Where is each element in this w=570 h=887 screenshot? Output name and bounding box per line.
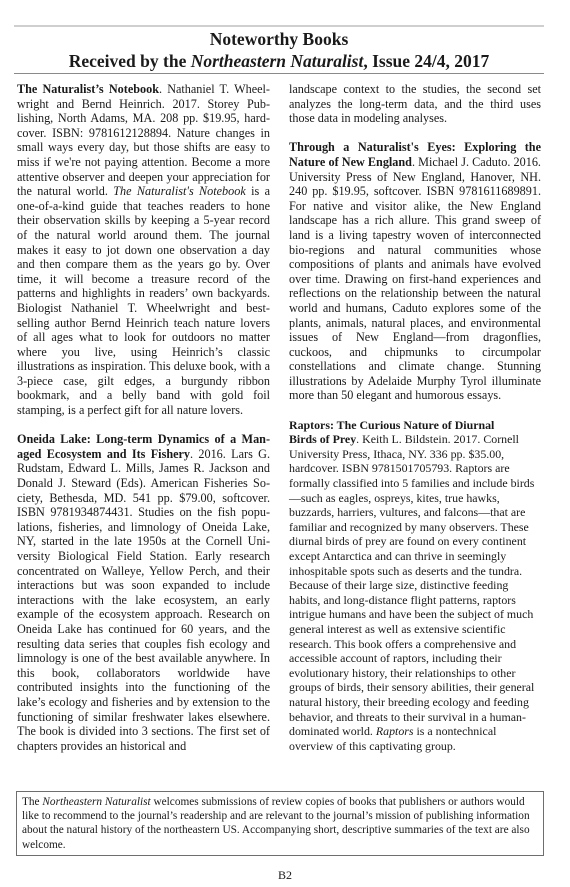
notice-prefix: The bbox=[22, 796, 42, 808]
subtitle-suffix: , Issue 24/4, 2017 bbox=[363, 51, 489, 71]
book-description: is a one-of-a-kind guide that teaches re… bbox=[17, 184, 270, 417]
notice-journal-name: Northeastern Naturalist bbox=[42, 796, 150, 808]
book-citation: . Keith L. Bildstein. 2017. Cornell Univ… bbox=[289, 432, 534, 738]
book-title-line1: Raptors: The Curious Nature of Diurnal bbox=[289, 418, 494, 432]
book-entry-raptors: Raptors: The Curious Nature of Diurnal B… bbox=[289, 418, 541, 754]
subtitle-prefix: Received by the bbox=[69, 51, 191, 71]
subtitle-journal-name: Northeastern Naturalist bbox=[191, 51, 364, 71]
entry-spacer bbox=[17, 418, 270, 433]
book-citation: . Nathaniel T. Wheel­wright and Bernd He… bbox=[17, 82, 270, 198]
book-italic-reference: The Naturalist's Notebook bbox=[113, 184, 245, 198]
left-column: The Naturalist’s Notebook. Nathaniel T. … bbox=[17, 82, 270, 753]
page-number: B2 bbox=[0, 868, 570, 883]
entry-spacer bbox=[289, 126, 541, 141]
book-continuation: landscape context to the studies, the se… bbox=[289, 82, 541, 125]
book-citation: . Michael J. Caduto. 2016. University Pr… bbox=[289, 155, 541, 403]
book-title-line2: Birds of Prey bbox=[289, 432, 356, 446]
entry-spacer bbox=[289, 403, 541, 418]
page-title-text: Noteworthy Books bbox=[210, 29, 349, 49]
submission-notice-box: The Northeastern Naturalist welcomes sub… bbox=[16, 791, 544, 856]
book-italic-reference: Raptors bbox=[376, 724, 414, 738]
right-column: landscape context to the studies, the se… bbox=[289, 82, 541, 753]
page-subtitle: Received by the Northeastern Naturalist,… bbox=[14, 51, 544, 71]
book-entry-oneida-lake-continued: landscape context to the studies, the se… bbox=[289, 82, 541, 126]
book-entry-naturalists-notebook: The Naturalist’s Notebook. Nathaniel T. … bbox=[17, 82, 270, 418]
header-bottom-rule bbox=[14, 73, 544, 74]
page-title: Noteworthy Books bbox=[14, 29, 544, 49]
header-top-rule bbox=[14, 25, 544, 27]
book-entry-oneida-lake: Oneida Lake: Long-term Dynamics of a Man… bbox=[17, 432, 270, 753]
book-citation: . 2016. Lars G. Rudstam, Edward L. Mills… bbox=[17, 447, 270, 753]
book-title: The Naturalist’s Notebook bbox=[17, 82, 159, 96]
book-entry-through-naturalists-eyes: Through a Naturalist's Eyes: Exploring t… bbox=[289, 140, 541, 403]
